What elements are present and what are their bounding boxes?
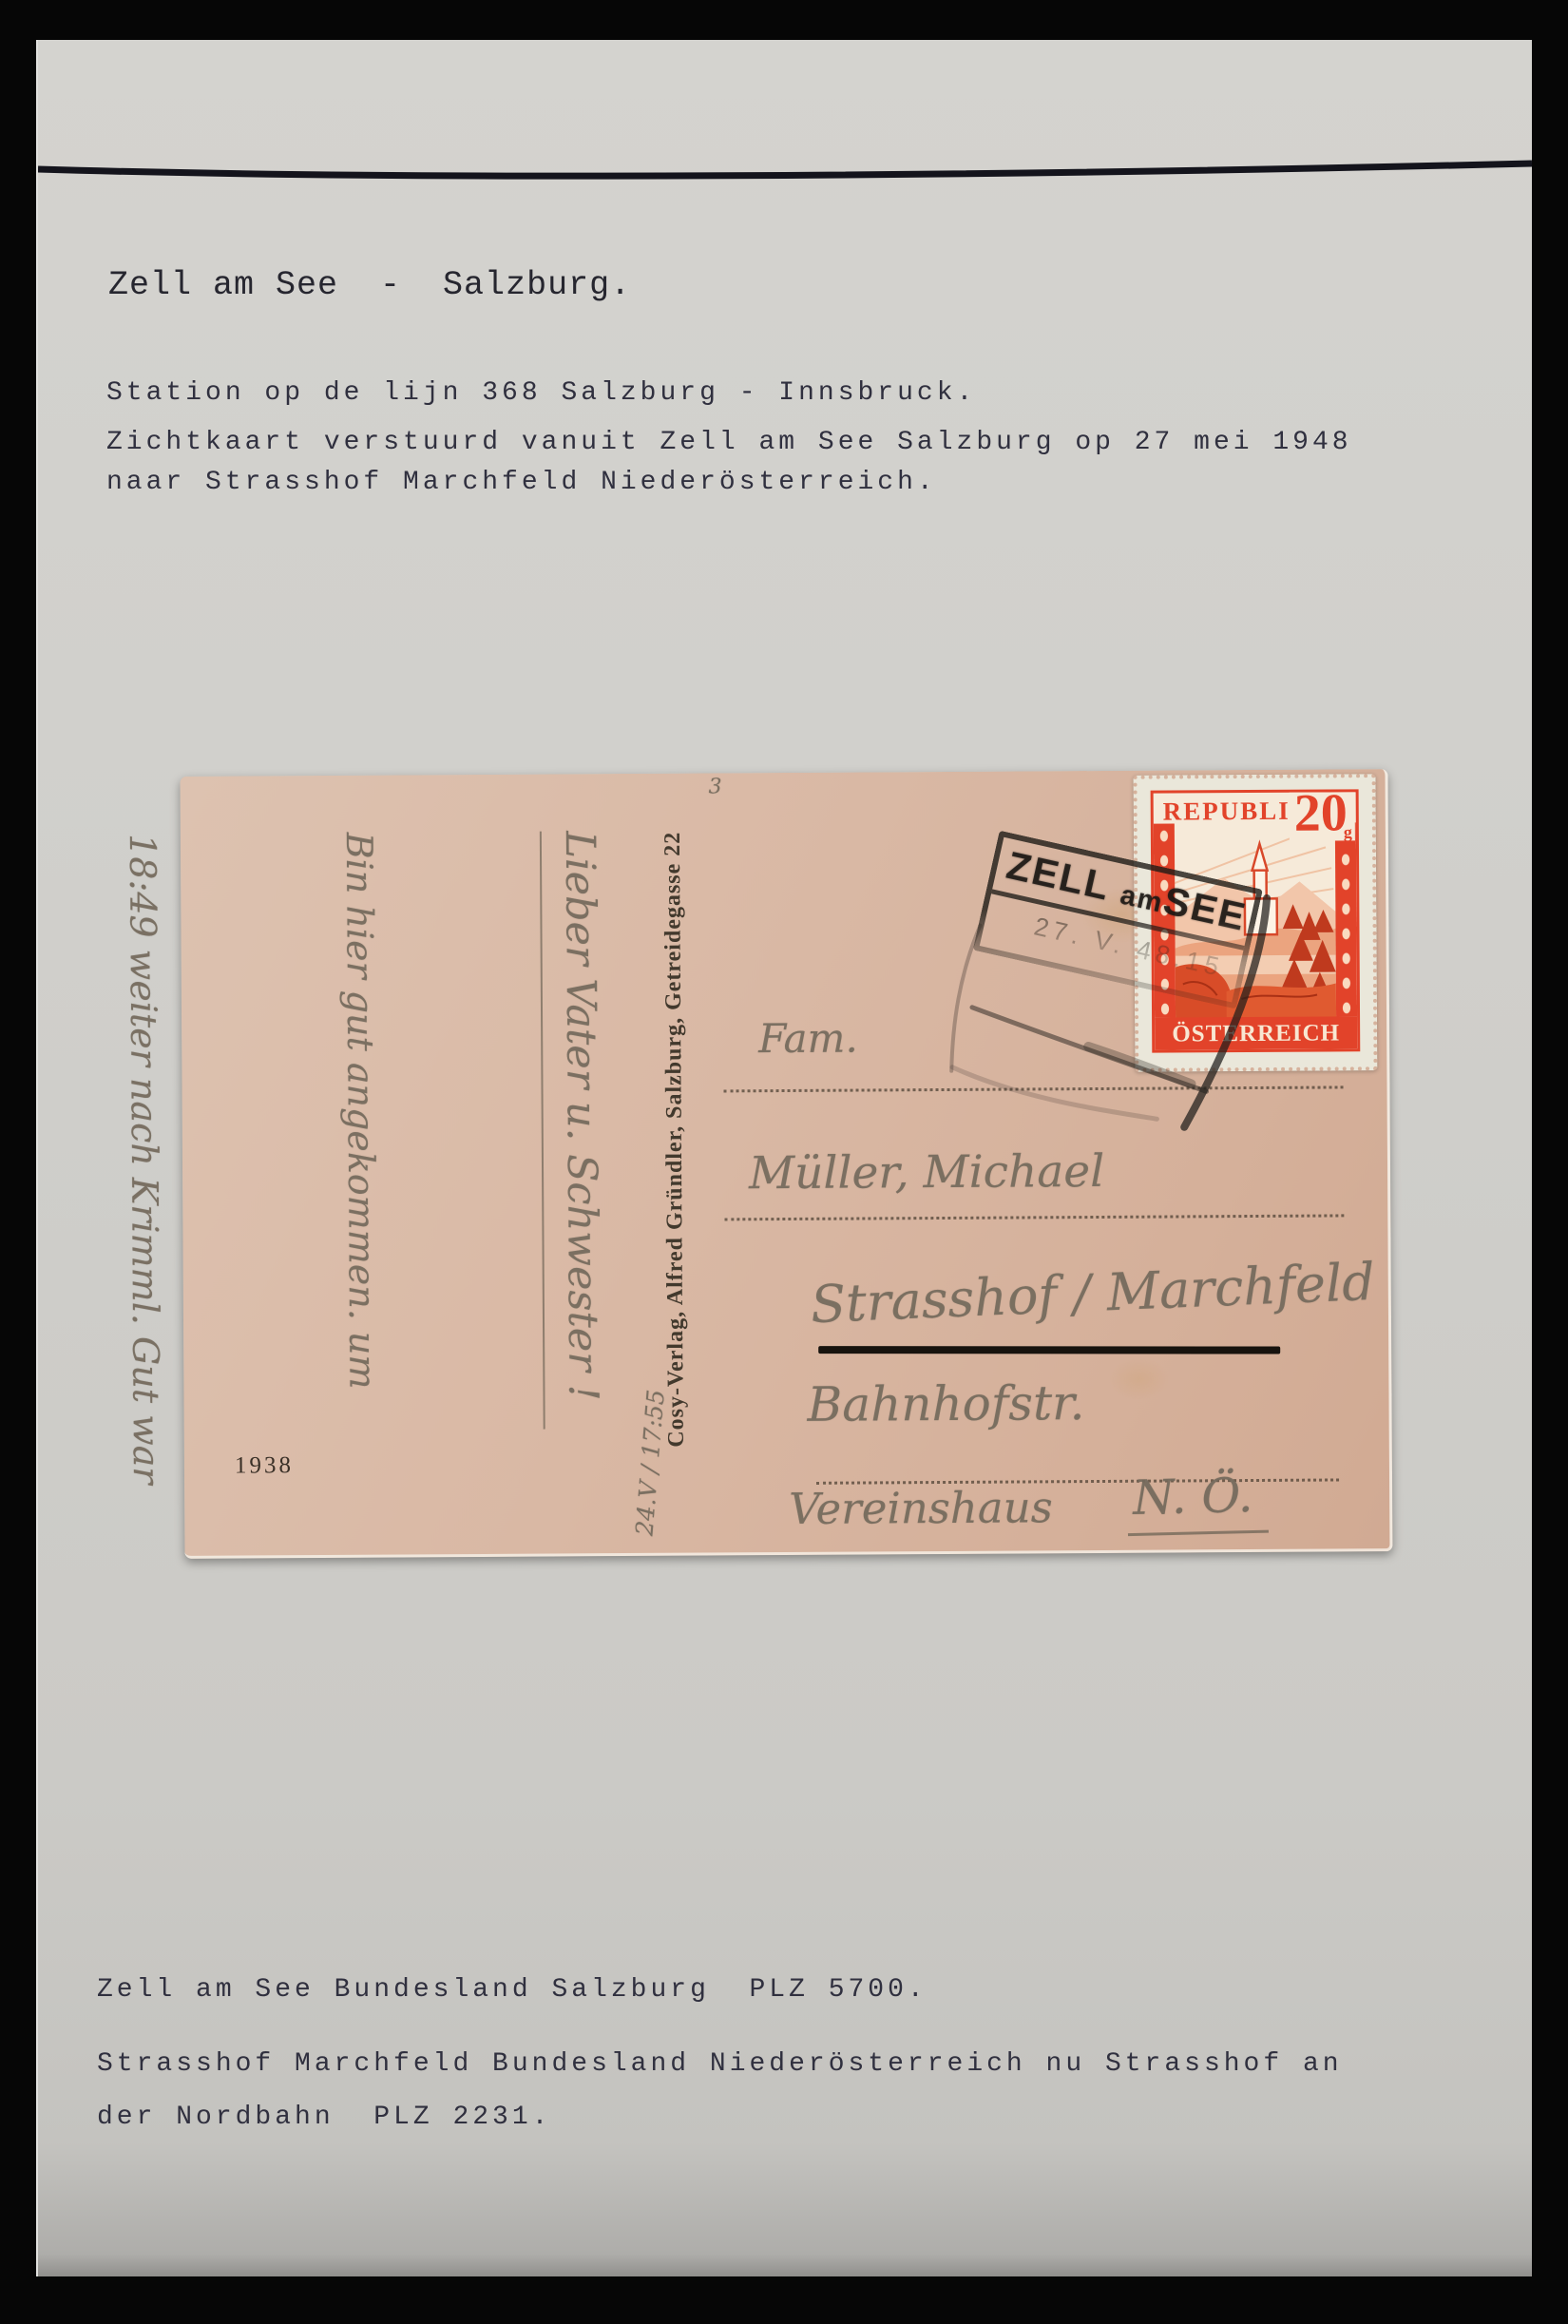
scanned-album-photo: { "album_page": { "title": "Zell am See … (0, 0, 1568, 2324)
address-family: Fam. (758, 1015, 858, 1063)
marker-underline (818, 1346, 1280, 1354)
hand-drawn-rule (38, 160, 1532, 182)
address-town: Strasshof / Marchfeld (810, 1252, 1376, 1335)
address-name: Müller, Michael (749, 1145, 1104, 1200)
message-line: Bin hier gut angekommen. um (323, 833, 399, 1431)
footer-line-3: der Nordbahn PLZ 2231. (97, 2103, 551, 2132)
year-imprint: 1938 (235, 1452, 294, 1479)
stamp-denomination: 20g (1290, 789, 1355, 840)
intro-line-2: Zichtkaart verstuurd vanuit Zell am See … (106, 428, 1352, 457)
intro-line-3: naar Strasshof Marchfeld Niederösterreic… (106, 468, 937, 497)
handwritten-message: Lieber Vater u. Schwester ! Bin hier gut… (323, 830, 764, 1431)
pencil-plate-mark: 3 (709, 775, 722, 798)
cancel-smear-stroke (966, 996, 1224, 1103)
intro-line-1: Station op de lijn 368 Salzburg - Innsbr… (106, 378, 976, 408)
address-dotted-line (724, 1214, 1344, 1220)
page-title: Zell am See - Salzburg. (108, 266, 631, 304)
address-house: Vereinshaus (789, 1482, 1053, 1534)
footer-line-2: Strasshof Marchfeld Bundesland Niederöst… (97, 2049, 1343, 2079)
footer-line-1: Zell am See Bundesland Salzburg PLZ 5700… (97, 1975, 927, 2005)
postcard: Lieber Vater u. Schwester ! Bin hier gut… (180, 769, 1392, 1559)
stamp-ornament-column (1335, 822, 1357, 1016)
album-page: Zell am See - Salzburg. Station op de li… (36, 40, 1532, 2276)
address-street: Bahnhofstr. (807, 1375, 1084, 1432)
message-line: 18:49 weiter nach Krimml. Gut war (106, 834, 182, 1432)
message-salutation: Lieber Vater u. Schwester ! (540, 831, 620, 1430)
address-region: N. Ö. (1126, 1468, 1269, 1536)
